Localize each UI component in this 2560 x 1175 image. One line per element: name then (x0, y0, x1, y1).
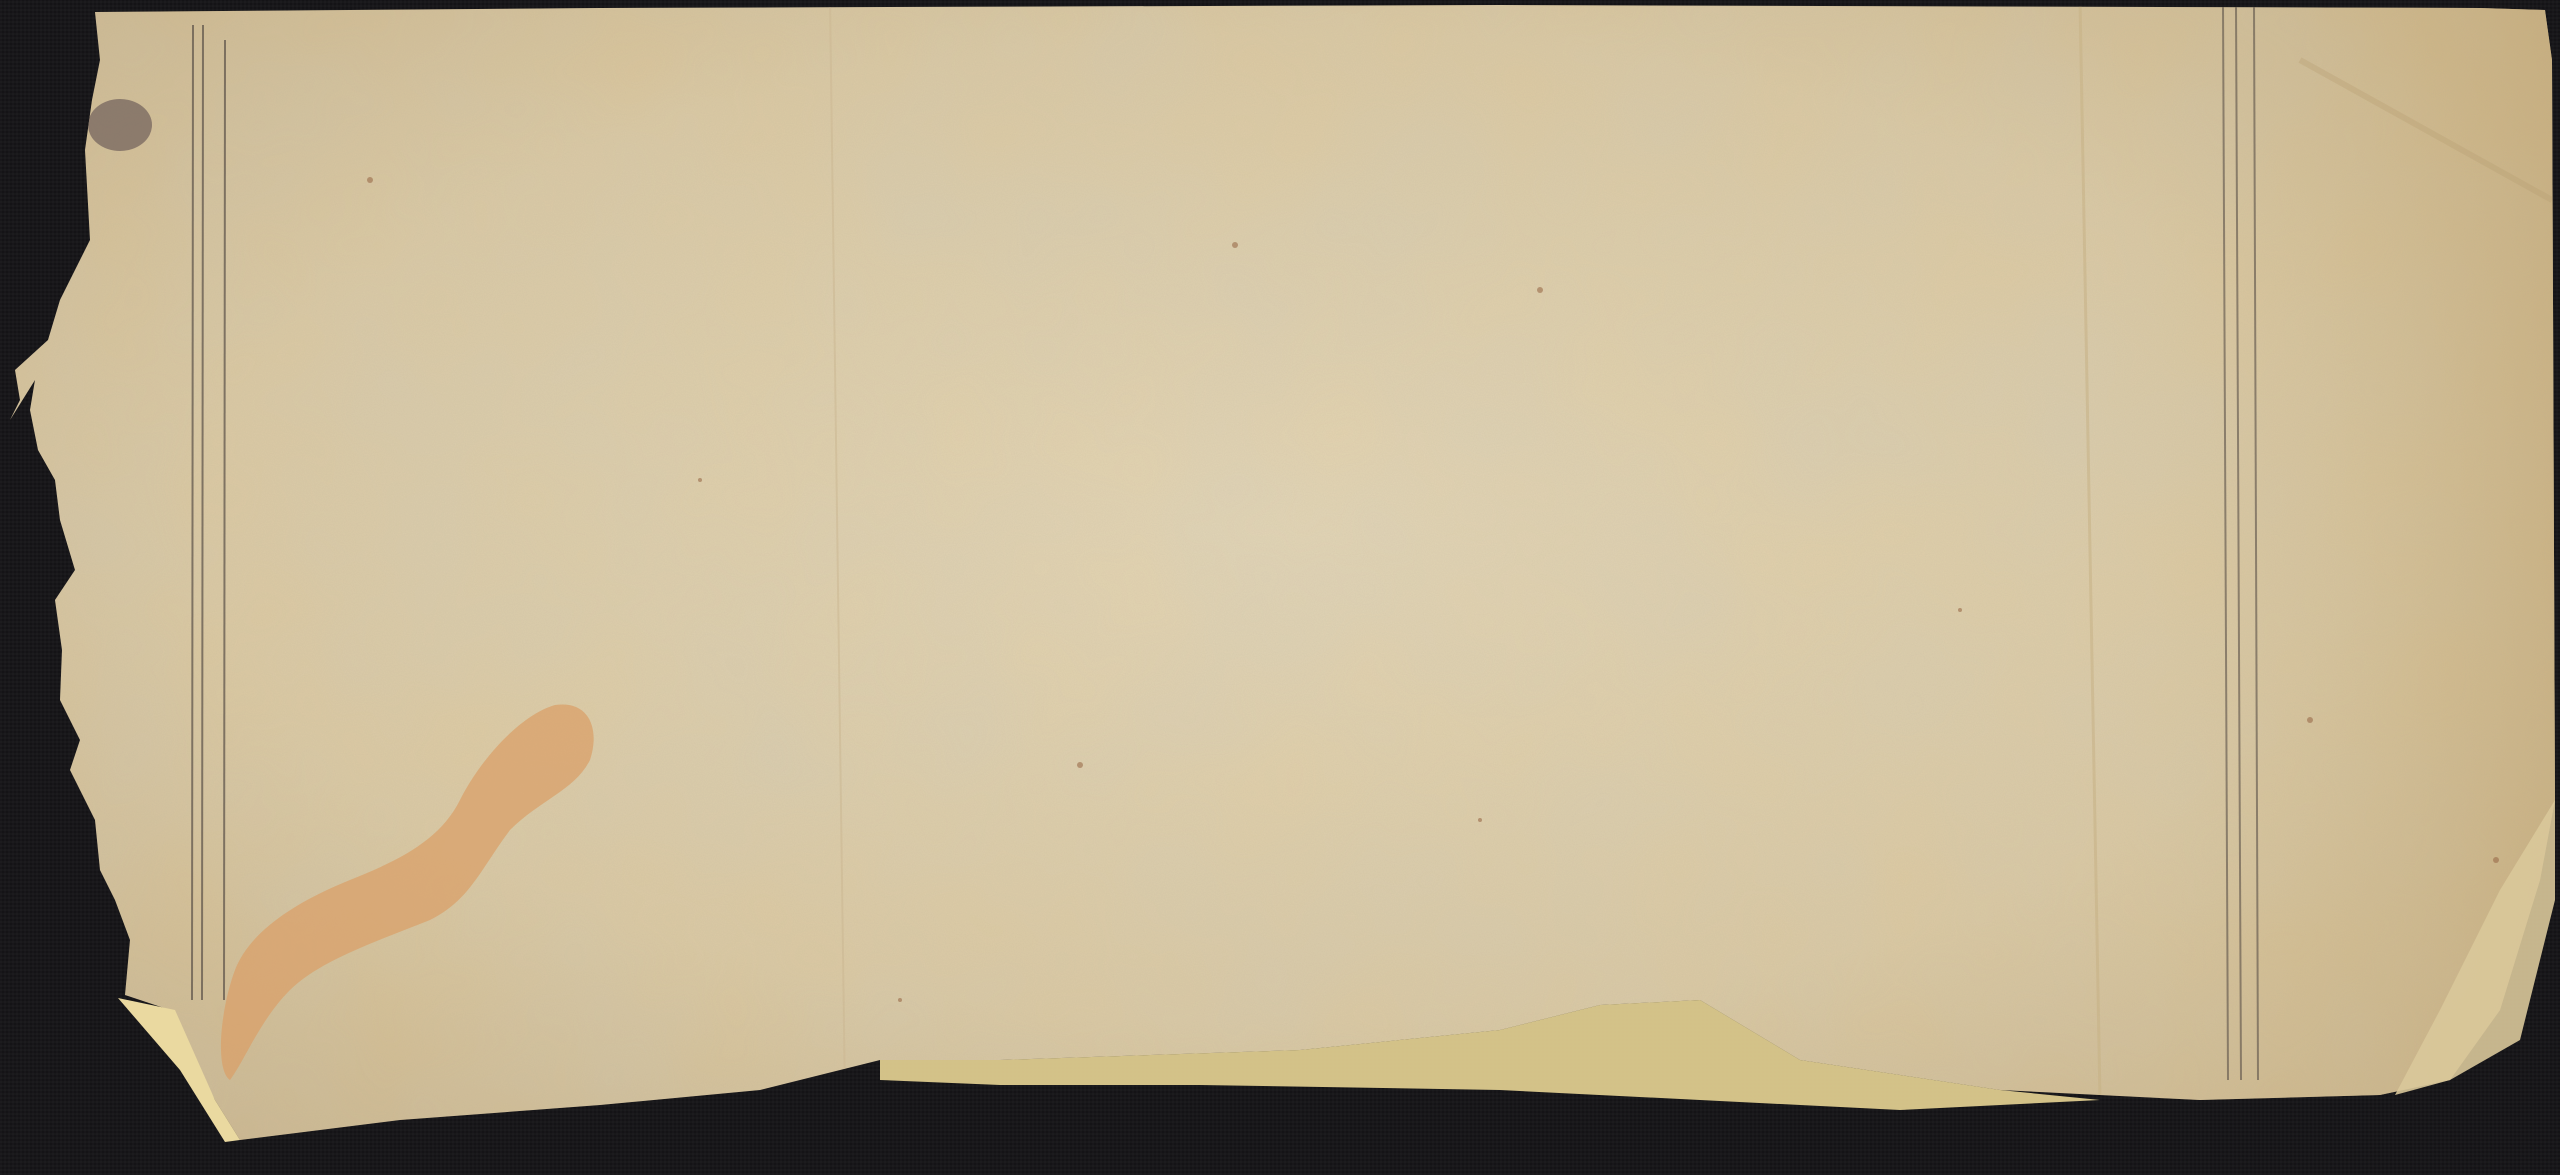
paper-illustration (0, 0, 2560, 1175)
ink-spot (88, 99, 152, 151)
aged-paper-sheet (0, 0, 2560, 1175)
